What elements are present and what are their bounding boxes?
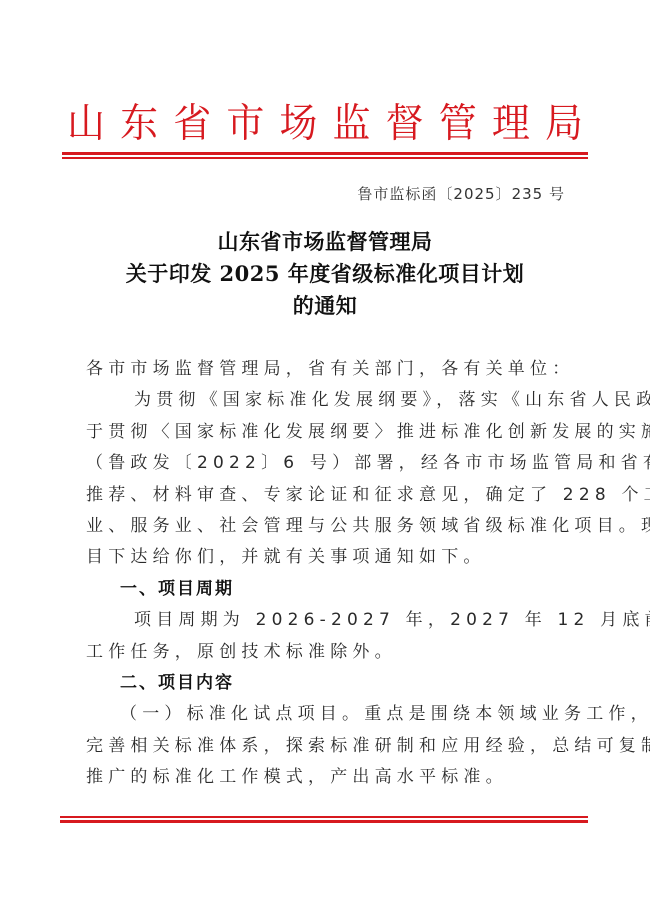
intro-line: 于贯彻〈国家标准化发展纲要〉推进标准化创新发展的实施意见》 [86,417,570,448]
letterhead-char: 督 [381,97,429,150]
section-line: 推广的标准化工作模式，产出高水平标准。 [86,762,570,793]
intro-line: 业、服务业、社会管理与公共服务领域省级标准化项目。现将项 [86,511,570,542]
letterhead-char: 东 [115,97,163,150]
section-heading-project-content: 二、项目内容 [86,668,570,699]
document-page: 山 东 省 市 场 监 督 管 理 局 鲁市监标函〔2025〕235 号 山东省… [0,0,650,919]
title-line-1: 山东省市场监督管理局 [0,226,650,258]
letterhead-char: 市 [221,97,269,150]
section-line: 完善相关标准体系，探索标准研制和应用经验，总结可复制、可 [86,731,570,762]
letterhead-char: 省 [168,97,216,150]
intro-line: （鲁政发〔2022〕6 号）部署，经各市市场监管局和省有关部门 [86,448,570,479]
document-number: 鲁市监标函〔2025〕235 号 [357,183,565,204]
letterhead-char: 场 [274,97,322,150]
letterhead-char: 山 [62,97,110,150]
letterhead-char: 理 [487,97,535,150]
letterhead-issuer: 山 东 省 市 场 监 督 管 理 局 [62,98,588,148]
letterhead-char: 管 [434,97,482,150]
salutation: 各市市场监督管理局，省有关部门，各有关单位： [86,354,570,385]
section-heading-project-period: 一、项目周期 [86,574,570,605]
letterhead-char: 局 [540,97,588,150]
footer-rule-thick [60,820,588,823]
title-line-2: 关于印发 2025 年度省级标准化项目计划 [0,258,650,290]
section-line: 工作任务，原创技术标准除外。 [86,637,570,668]
intro-line: 推荐、材料审查、专家论证和征求意见，确定了 228 个工业、农 [86,480,570,511]
title-line-3: 的通知 [0,290,650,322]
intro-line: 目下达给你们，并就有关事项通知如下。 [86,542,570,573]
section-line: 项目周期为 2026-2027 年，2027 年 12 月底前完成项目相关 [86,605,570,636]
section-line: （一）标准化试点项目。重点是围绕本领域业务工作，制定 [86,699,570,730]
document-title: 山东省市场监督管理局 关于印发 2025 年度省级标准化项目计划 的通知 [0,226,650,322]
document-body: 各市市场监督管理局，省有关部门，各有关单位： 为贯彻《国家标准化发展纲要》，落实… [86,354,570,794]
letterhead-rule-thick [62,152,588,155]
intro-line: 为贯彻《国家标准化发展纲要》，落实《山东省人民政府关 [86,385,570,416]
letterhead-rule-thin [62,157,588,159]
letterhead-char: 监 [328,97,376,150]
footer-rule-thin [60,816,588,818]
